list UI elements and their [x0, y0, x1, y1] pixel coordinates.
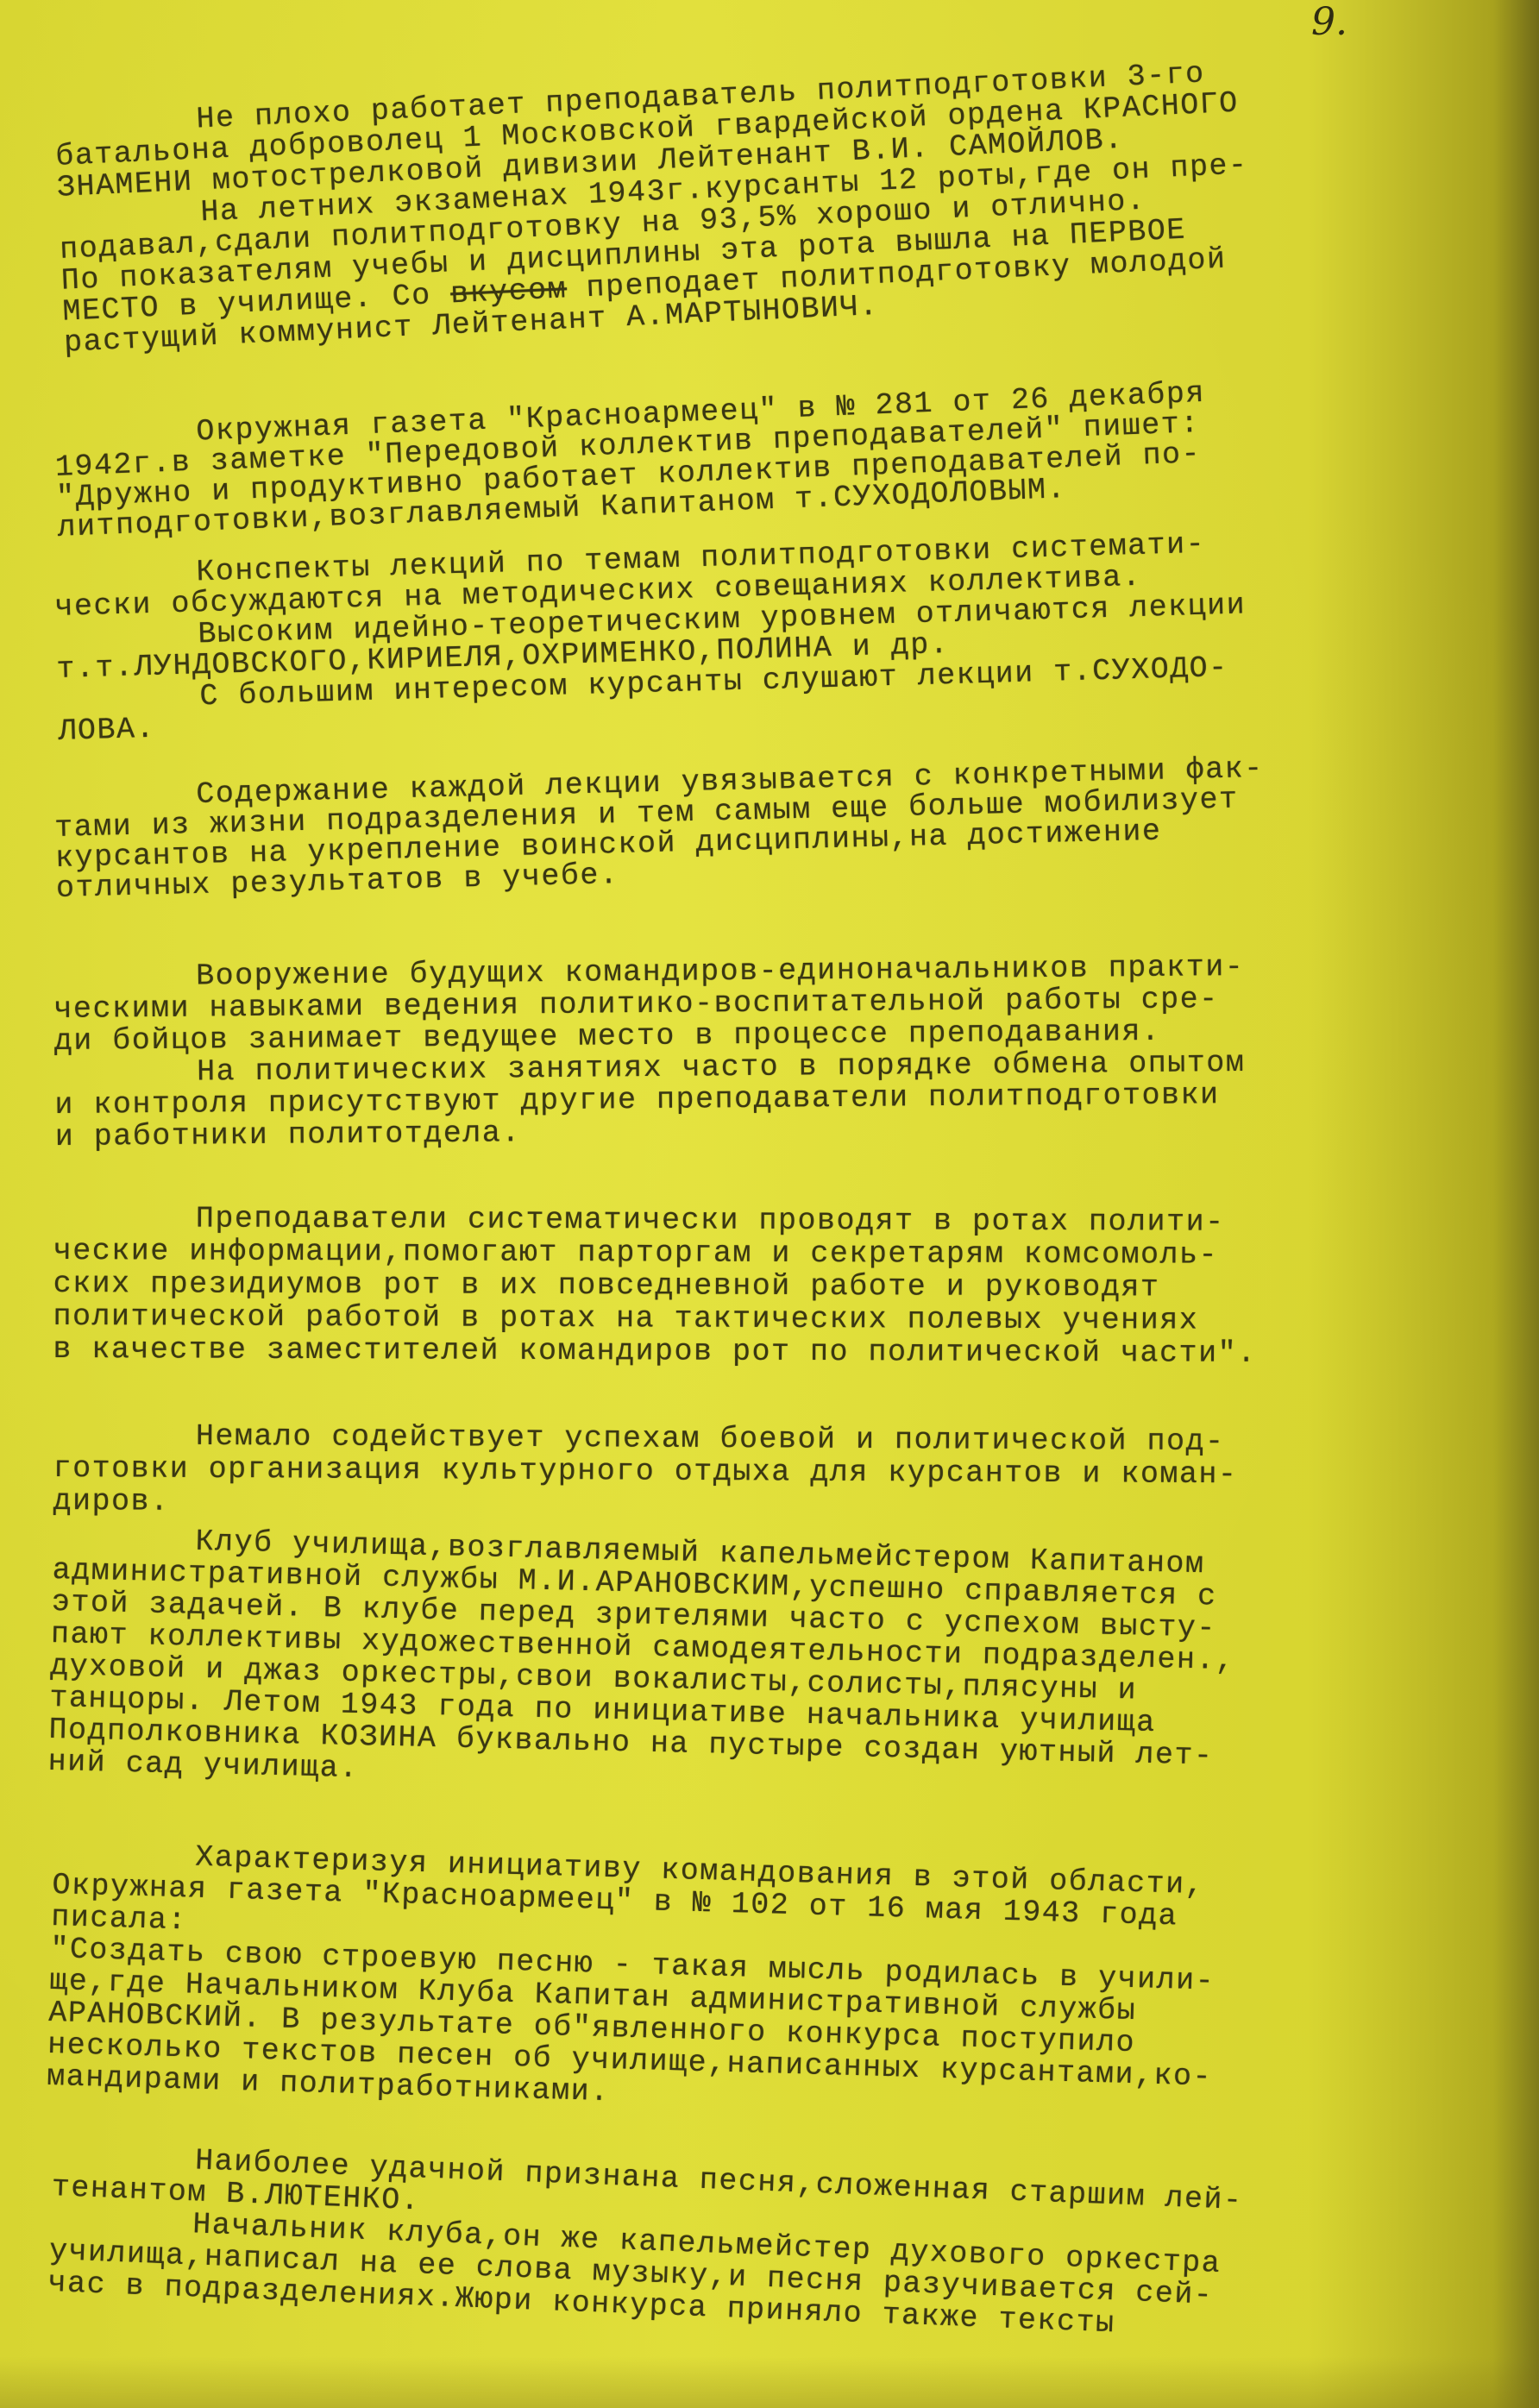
document-page: 9. Не плохо работает преподаватель полит… [0, 0, 1539, 2408]
typed-line: в качестве заместителей командиров рот п… [53, 1333, 1467, 1371]
paragraph-lecture-content: Содержание каждой лекции увязывается с к… [53, 749, 1471, 904]
page-number: 9. [1311, 0, 1347, 44]
paragraph-commander-training: Вооружение будущих командиров-единоначал… [53, 950, 1470, 1154]
paragraph-cultural-leisure: Немало содействует успехам боевой и поли… [53, 1419, 1468, 1525]
paragraph-song-contest: Наиболее удачной признана песня,сложенна… [47, 2140, 1467, 2354]
paragraph-newspaper-quote-1943: Характеризуя инициативу командования в э… [47, 1838, 1468, 2133]
paragraph-school-club: Клуб училища,возглавляемый капельмейстер… [47, 1523, 1467, 1810]
typed-line: готовки организация культурного отдыха д… [53, 1452, 1468, 1493]
paragraph-newspaper-quote-1942: Окружная газета "Красноармеец" в № 281 о… [53, 368, 1472, 544]
paragraph-lecture-notes: Конспекты лекций по темам политподготовк… [53, 521, 1473, 747]
typed-line: диров. [53, 1485, 1467, 1525]
paragraph-teacher-samoylov: Не плохо работает преподаватель политпод… [53, 47, 1478, 359]
paragraph-teachers-in-companies: Преподаватели систематически проводят в … [53, 1202, 1468, 1371]
